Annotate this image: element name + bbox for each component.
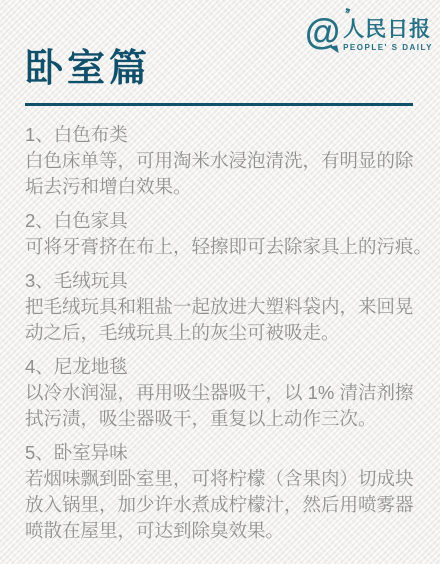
section-heading: 4、尼龙地毯 (25, 354, 437, 380)
tip-section-2: 2、白色家具 可将牙膏挤在布上，轻擦即可去除家具上的污痕。 (25, 208, 437, 260)
logo-text: 人民日报 PEOPLE' S DAILY (343, 18, 433, 52)
section-body: 若烟味飘到卧室里，可将柠檬（含果肉）切成块 放入锅里，加少许水煮成柠檬汁，然后用… (25, 466, 437, 544)
tip-section-1: 1、白色布类 白色床单等，可用淘米水浸泡清洗，有明显的除 垢去污和增白效果。 (25, 122, 437, 200)
tip-section-5: 5、卧室异味 若烟味飘到卧室里，可将柠檬（含果肉）切成块 放入锅里，加少许水煮成… (25, 440, 437, 544)
section-body: 把毛绒玩具和粗盐一起放进大塑料袋内，来回晃 动之后，毛绒玩具上的灰尘可被吸走。 (25, 294, 437, 346)
tips-list: 1、白色布类 白色床单等，可用淘米水浸泡清洗，有明显的除 垢去污和增白效果。 2… (25, 122, 437, 544)
section-heading: 2、白色家具 (25, 208, 437, 234)
page-title: 卧室篇 (25, 50, 151, 88)
at-icon: @ ’’ (305, 14, 340, 50)
tip-section-4: 4、尼龙地毯 以冷水润湿，再用吸尘器吸干，以 1% 清洁剂擦 拭污渍，吸尘器吸干… (25, 354, 437, 432)
section-heading: 1、白色布类 (25, 122, 437, 148)
speech-tail-icon (329, 45, 338, 54)
logo-name-chinese: 人民日报 (343, 18, 433, 41)
title-underline (25, 103, 413, 106)
section-body: 可将牙膏挤在布上，轻擦即可去除家具上的污痕。 (25, 234, 437, 260)
tip-section-3: 3、毛绒玩具 把毛绒玩具和粗盐一起放进大塑料袋内，来回晃 动之后，毛绒玩具上的灰… (25, 268, 437, 346)
logo-name-english: PEOPLE' S DAILY (343, 43, 433, 52)
section-body: 白色床单等，可用淘米水浸泡清洗，有明显的除 垢去污和增白效果。 (25, 148, 437, 200)
infographic-card: @ ’’ 人民日报 PEOPLE' S DAILY 卧室篇 1、白色布类 白色床… (0, 0, 440, 564)
section-heading: 3、毛绒玩具 (25, 268, 437, 294)
peoples-daily-logo: @ ’’ 人民日报 PEOPLE' S DAILY (305, 14, 433, 52)
section-body: 以冷水润湿，再用吸尘器吸干，以 1% 清洁剂擦 拭污渍，吸尘器吸干，重复以上动作… (25, 380, 437, 432)
section-heading: 5、卧室异味 (25, 440, 437, 466)
